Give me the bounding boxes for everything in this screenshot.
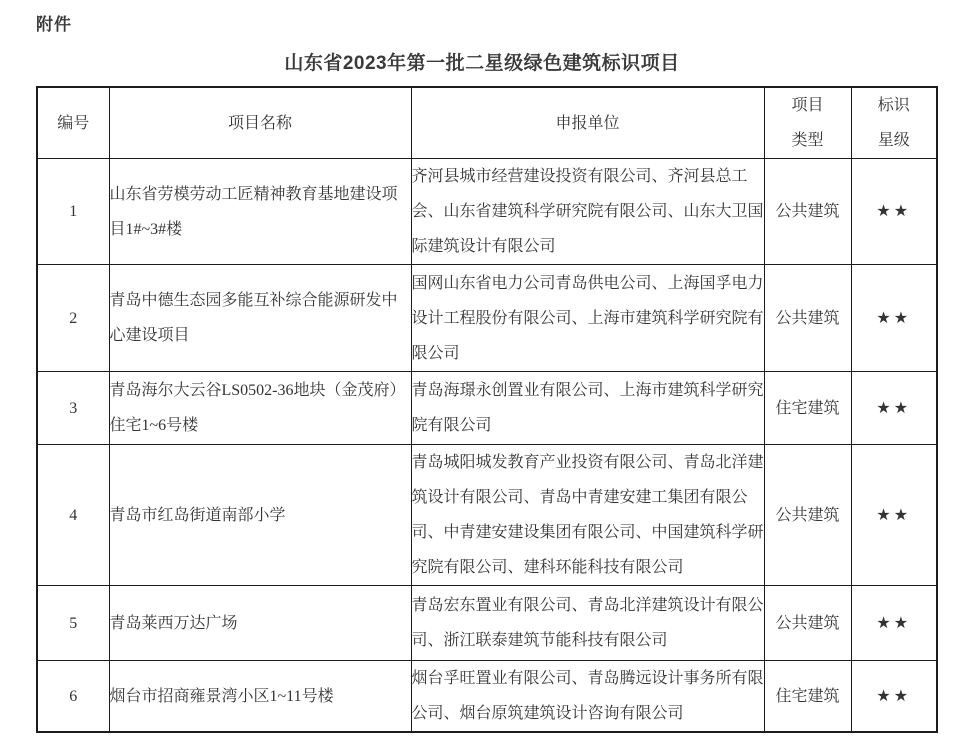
cell-project-name: 青岛海尔大云谷LS0502-36地块（金茂府）住宅1~6号楼 (109, 372, 411, 445)
cell-declaring-unit: 青岛海璟永创置业有限公司、上海市建筑科学研究院有限公司 (411, 372, 764, 445)
table-row: 4 青岛市红岛街道南部小学 青岛城阳城发教育产业投资有限公司、青岛北洋建筑设计有… (37, 445, 937, 586)
cell-declaring-unit: 青岛城阳城发教育产业投资有限公司、青岛北洋建筑设计有限公司、青岛中青建安建工集团… (411, 445, 764, 586)
header-star-line1: 标识 (852, 88, 937, 123)
cell-project-type: 公共建筑 (764, 159, 851, 265)
cell-project-type: 公共建筑 (764, 586, 851, 661)
header-star: 标识 星级 (851, 87, 937, 159)
cell-declaring-unit: 国网山东省电力公司青岛供电公司、上海国孚电力设计工程股份有限公司、上海市建筑科学… (411, 265, 764, 372)
cell-id: 3 (37, 372, 109, 445)
cell-project-type: 公共建筑 (764, 445, 851, 586)
header-id: 编号 (37, 87, 109, 159)
header-unit: 申报单位 (411, 87, 764, 159)
document-page: 附件 山东省2023年第一批二星级绿色建筑标识项目 编号 项目名称 申报单位 项… (0, 0, 964, 740)
table-row: 2 青岛中德生态园多能互补综合能源研发中心建设项目 国网山东省电力公司青岛供电公… (37, 265, 937, 372)
cell-project-name: 青岛市红岛街道南部小学 (109, 445, 411, 586)
cell-project-type: 住宅建筑 (764, 372, 851, 445)
cell-id: 4 (37, 445, 109, 586)
cell-project-name: 青岛莱西万达广场 (109, 586, 411, 661)
header-type-line1: 项目 (765, 88, 851, 123)
table-row: 1 山东省劳模劳动工匠精神教育基地建设项目1#~3#楼 齐河县城市经营建设投资有… (37, 159, 937, 265)
header-type-line2: 类型 (765, 123, 851, 158)
cell-project-type: 住宅建筑 (764, 661, 851, 733)
cell-id: 1 (37, 159, 109, 265)
cell-declaring-unit: 烟台孚旺置业有限公司、青岛腾远设计事务所有限公司、烟台原筑建筑设计咨询有限公司 (411, 661, 764, 733)
cell-project-type: 公共建筑 (764, 265, 851, 372)
cell-project-name: 山东省劳模劳动工匠精神教育基地建设项目1#~3#楼 (109, 159, 411, 265)
cell-star-rating: ★★ (851, 586, 937, 661)
projects-table: 编号 项目名称 申报单位 项目 类型 标识 星级 1 山东省劳模劳动工匠精神教育… (36, 86, 938, 733)
cell-star-rating: ★★ (851, 661, 937, 733)
table-header-row: 编号 项目名称 申报单位 项目 类型 标识 星级 (37, 87, 937, 159)
cell-star-rating: ★★ (851, 159, 937, 265)
header-star-line2: 星级 (852, 123, 937, 158)
header-type: 项目 类型 (764, 87, 851, 159)
cell-declaring-unit: 青岛宏东置业有限公司、青岛北洋建筑设计有限公司、浙江联泰建筑节能科技有限公司 (411, 586, 764, 661)
cell-project-name: 青岛中德生态园多能互补综合能源研发中心建设项目 (109, 265, 411, 372)
cell-declaring-unit: 齐河县城市经营建设投资有限公司、齐河县总工会、山东省建筑科学研究院有限公司、山东… (411, 159, 764, 265)
page-title: 山东省2023年第一批二星级绿色建筑标识项目 (0, 48, 964, 75)
table-row: 6 烟台市招商雍景湾小区1~11号楼 烟台孚旺置业有限公司、青岛腾远设计事务所有… (37, 661, 937, 733)
attachment-label: 附件 (36, 10, 72, 35)
header-name: 项目名称 (109, 87, 411, 159)
cell-project-name: 烟台市招商雍景湾小区1~11号楼 (109, 661, 411, 733)
cell-star-rating: ★★ (851, 372, 937, 445)
cell-star-rating: ★★ (851, 445, 937, 586)
table-row: 3 青岛海尔大云谷LS0502-36地块（金茂府）住宅1~6号楼 青岛海璟永创置… (37, 372, 937, 445)
cell-id: 5 (37, 586, 109, 661)
cell-id: 2 (37, 265, 109, 372)
table-row: 5 青岛莱西万达广场 青岛宏东置业有限公司、青岛北洋建筑设计有限公司、浙江联泰建… (37, 586, 937, 661)
cell-id: 6 (37, 661, 109, 733)
cell-star-rating: ★★ (851, 265, 937, 372)
